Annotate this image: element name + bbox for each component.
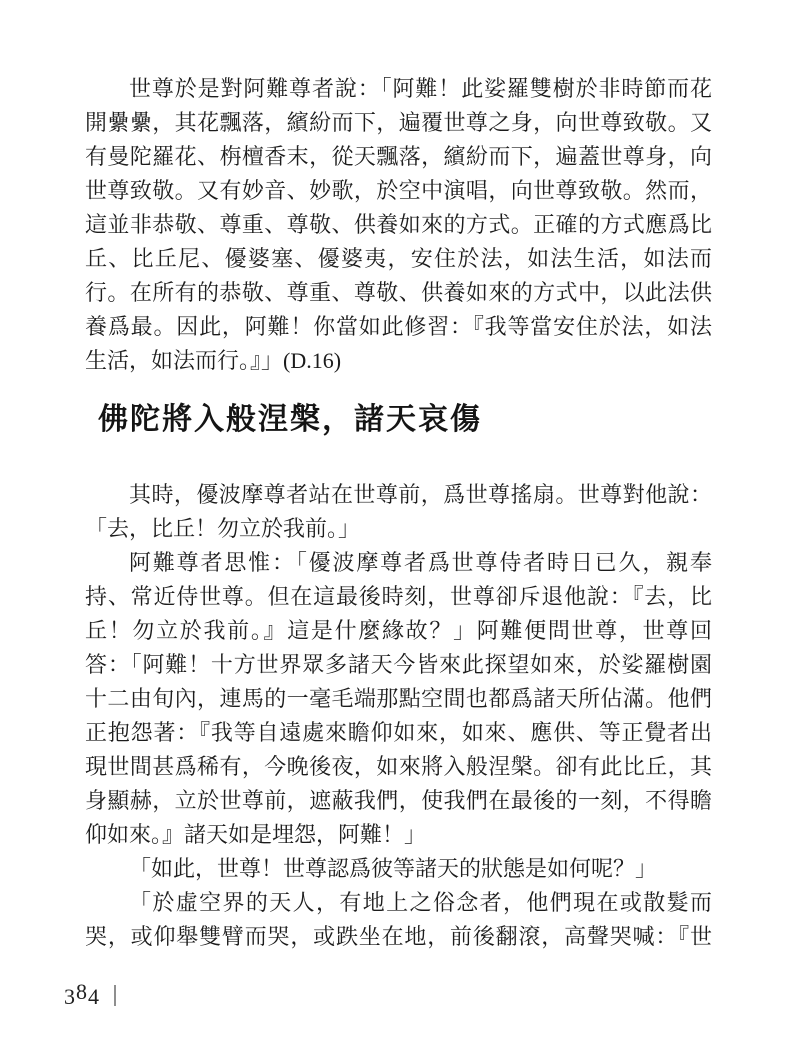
text-line: 其時，優波摩尊者站在世尊前，爲世尊搖扇。世尊對他說： [85, 478, 712, 512]
text-line: 生活，如法而行。』」(D.16) [85, 344, 712, 378]
page-number-divider [114, 985, 116, 1006]
page-footer: 384 [64, 980, 116, 1010]
section-heading: 佛陀將入般涅槃，諸天哀傷 [98, 398, 712, 442]
text-line: 十二由旬內，連馬的一毫毛端那點空間也都爲諸天所佔滿。他們 [85, 682, 712, 716]
text-line: 哭，或仰舉雙臂而哭，或跌坐在地，前後翻滾，高聲哭喊：『世 [85, 920, 712, 954]
book-page: 世尊於是對阿難尊者說：「阿難！此娑羅雙樹於非時節而花開纍纍，其花飄落，繽紛而下，… [0, 0, 792, 1056]
text-line: 阿難尊者思惟：「優波摩尊者爲世尊侍者時日已久，親奉 [85, 546, 712, 580]
text-column: 世尊於是對阿難尊者說：「阿難！此娑羅雙樹於非時節而花開纍纍，其花飄落，繽紛而下，… [85, 72, 712, 954]
text-line: 開纍纍，其花飄落，繽紛而下，遍覆世尊之身，向世尊致敬。又 [85, 106, 712, 140]
paragraph: 其時，優波摩尊者站在世尊前，爲世尊搖扇。世尊對他說：「去，比丘！勿立於我前。」 [85, 478, 712, 546]
text-line: 這並非恭敬、尊重、尊敬、供養如來的方式。正確的方式應爲比 [85, 208, 712, 242]
text-line: 行。在所有的恭敬、尊重、尊敬、供養如來的方式中，以此法供 [85, 276, 712, 310]
paragraph: 「於虛空界的天人，有地上之俗念者，他們現在或散髮而哭，或仰舉雙臂而哭，或跌坐在地… [85, 886, 712, 954]
paragraph: 「如此，世尊！世尊認爲彼等諸天的狀態是如何呢？」 [85, 852, 712, 886]
text-line: 仰如來。』諸天如是埋怨，阿難！」 [85, 818, 712, 852]
text-line: 正抱怨著：『我等自遠處來瞻仰如來，如來、應供、等正覺者出 [85, 716, 712, 750]
text-line: 有曼陀羅花、栴檀香末，從天飄落，繽紛而下，遍蓋世尊身，向 [85, 140, 712, 174]
text-line: 「如此，世尊！世尊認爲彼等諸天的狀態是如何呢？」 [85, 852, 712, 886]
text-line: 現世間甚爲稀有，今晚後夜，如來將入般涅槃。卻有此比丘，其 [85, 750, 712, 784]
text-line: 「去，比丘！勿立於我前。」 [85, 512, 712, 546]
paragraph: 阿難尊者思惟：「優波摩尊者爲世尊侍者時日已久，親奉持、常近侍世尊。但在這最後時刻… [85, 546, 712, 852]
text-line: 養爲最。因此，阿難！你當如此修習：『我等當安住於法，如法 [85, 310, 712, 344]
text-line: 「於虛空界的天人，有地上之俗念者，他們現在或散髮而 [85, 886, 712, 920]
paragraph: 世尊於是對阿難尊者說：「阿難！此娑羅雙樹於非時節而花開纍纍，其花飄落，繽紛而下，… [85, 72, 712, 378]
text-line: 世尊致敬。又有妙音、妙歌，於空中演唱，向世尊致敬。然而， [85, 174, 712, 208]
text-line: 丘！勿立於我前。』這是什麼緣故？」阿難便問世尊，世尊回 [85, 614, 712, 648]
text-line: 答：「阿難！十方世界眾多諸天今皆來此探望如來，於娑羅樹園 [85, 648, 712, 682]
page-number: 384 [64, 982, 100, 1008]
text-line: 身顯赫，立於世尊前，遮蔽我們，使我們在最後的一刻，不得瞻 [85, 784, 712, 818]
text-line: 世尊於是對阿難尊者說：「阿難！此娑羅雙樹於非時節而花 [85, 72, 712, 106]
text-line: 持、常近侍世尊。但在這最後時刻，世尊卻斥退他說：『去，比 [85, 580, 712, 614]
text-line: 丘、比丘尼、優婆塞、優婆夷，安住於法，如法生活，如法而 [85, 242, 712, 276]
